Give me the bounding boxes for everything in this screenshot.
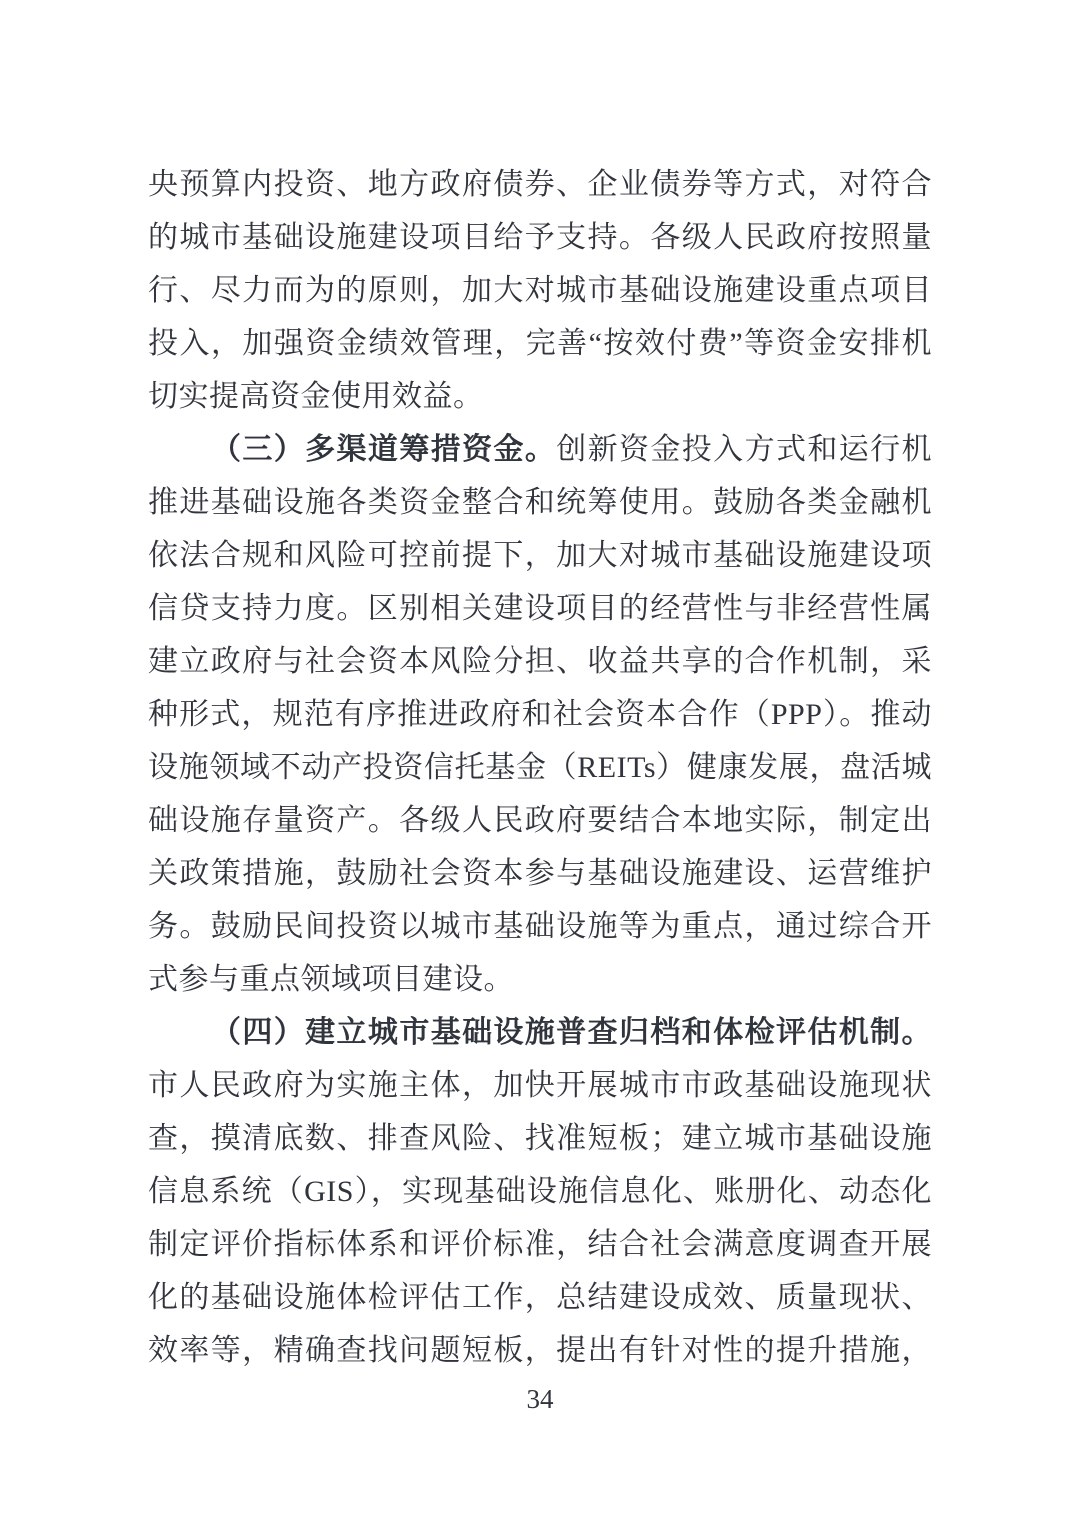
text-segment: 推进基础设施各类资金整合和统筹使用。鼓励各类金融机构在 (148, 486, 932, 529)
text-line: 市人民政府为实施主体，加快开展城市市政基础设施现状普 (148, 1059, 932, 1112)
text-segment: 务。鼓励民间投资以城市基础设施等为重点，通过综合开发模 (148, 910, 932, 953)
text-segment: 信贷支持力度。区别相关建设项目的经营性与非经营性属性， (148, 592, 932, 635)
text-segment: 行、尽力而为的原则，加大对城市基础设施建设重点项目资金 (148, 274, 932, 317)
text-line: 效率等，精确查找问题短板，提出有针对性的提升措施，纳入 (148, 1324, 932, 1377)
page-footer: 34 (0, 1384, 1080, 1415)
text-segment: 市人民政府为实施主体，加快开展城市市政基础设施现状普 (148, 1069, 932, 1112)
text-line: 关政策措施，鼓励社会资本参与基础设施建设、运营维护和服 (148, 847, 932, 900)
text-segment: 建立政府与社会资本风险分担、收益共享的合作机制，采取多 (148, 645, 932, 688)
text-segment: 效率等，精确查找问题短板，提出有针对性的提升措施，纳入 (148, 1334, 932, 1377)
page-number: 34 (527, 1384, 554, 1414)
text-line: 础设施存量资产。各级人民政府要结合本地实际，制定出台相 (148, 794, 932, 847)
text-line: 行、尽力而为的原则，加大对城市基础设施建设重点项目资金 (148, 264, 932, 317)
text-segment: 式参与重点领域项目建设。 (148, 963, 514, 996)
text-line: 推进基础设施各类资金整合和统筹使用。鼓励各类金融机构在 (148, 476, 932, 529)
text-line: 信贷支持力度。区别相关建设项目的经营性与非经营性属性， (148, 582, 932, 635)
text-line: 投入，加强资金绩效管理，完善“按效付费”等资金安排机制， (148, 317, 932, 370)
text-segment: 种形式，规范有序推进政府和社会资本合作（PPP）。推动基础 (148, 698, 932, 741)
text-line: 切实提高资金使用效益。 (148, 370, 932, 423)
text-segment: 的城市基础设施建设项目给予支持。各级人民政府按照量力而 (148, 221, 932, 264)
text-block: 央预算内投资、地方政府债券、企业债券等方式，对符合条件的城市基础设施建设项目给予… (148, 158, 932, 1377)
text-segment: 央预算内投资、地方政府债券、企业债券等方式，对符合条件 (148, 168, 932, 211)
text-line: 设施领域不动产投资信托基金（REITs）健康发展，盘活城市基 (148, 741, 932, 794)
text-line: （三）多渠道筹措资金。创新资金投入方式和运行机制， (148, 423, 932, 476)
text-line: 建立政府与社会资本风险分担、收益共享的合作机制，采取多 (148, 635, 932, 688)
text-line: （四）建立城市基础设施普查归档和体检评估机制。以城 (148, 1006, 932, 1059)
text-segment: 化的基础设施体检评估工作，总结建设成效、质量现状、运行 (148, 1281, 932, 1324)
text-segment: 设施领域不动产投资信托基金（REITs）健康发展，盘活城市基 (148, 751, 932, 794)
text-line: 依法合规和风险可控前提下，加大对城市基础设施建设项目的 (148, 529, 932, 582)
text-segment: 切实提高资金使用效益。 (148, 380, 484, 413)
text-line: 式参与重点领域项目建设。 (148, 953, 932, 1006)
paragraph-heading: （三）多渠道筹措资金。 (211, 433, 556, 466)
text-segment: 础设施存量资产。各级人民政府要结合本地实际，制定出台相 (148, 804, 932, 847)
document-page: 央预算内投资、地方政府债券、企业债券等方式，对符合条件的城市基础设施建设项目给予… (0, 0, 1080, 1527)
text-segment: 制定评价指标体系和评价标准，结合社会满意度调查开展常态 (148, 1228, 932, 1271)
text-line: 制定评价指标体系和评价标准，结合社会满意度调查开展常态 (148, 1218, 932, 1271)
text-line: 的城市基础设施建设项目给予支持。各级人民政府按照量力而 (148, 211, 932, 264)
text-segment: 信息系统（GIS），实现基础设施信息化、账册化、动态化管理。 (148, 1175, 932, 1218)
text-line: 化的基础设施体检评估工作，总结建设成效、质量现状、运行 (148, 1271, 932, 1324)
text-segment: 查，摸清底数、排查风险、找准短板；建立城市基础设施地理 (148, 1122, 932, 1165)
text-line: 务。鼓励民间投资以城市基础设施等为重点，通过综合开发模 (148, 900, 932, 953)
text-segment: 投入，加强资金绩效管理，完善“按效付费”等资金安排机制， (148, 327, 932, 370)
text-segment: 依法合规和风险可控前提下，加大对城市基础设施建设项目的 (148, 539, 932, 582)
text-line: 信息系统（GIS），实现基础设施信息化、账册化、动态化管理。 (148, 1165, 932, 1218)
text-line: 央预算内投资、地方政府债券、企业债券等方式，对符合条件 (148, 158, 932, 211)
text-line: 查，摸清底数、排查风险、找准短板；建立城市基础设施地理 (148, 1112, 932, 1165)
text-line: 种形式，规范有序推进政府和社会资本合作（PPP）。推动基础 (148, 688, 932, 741)
paragraph-heading: （四）建立城市基础设施普查归档和体检评估机制。 (211, 1016, 932, 1049)
text-segment: 关政策措施，鼓励社会资本参与基础设施建设、运营维护和服 (148, 857, 932, 900)
